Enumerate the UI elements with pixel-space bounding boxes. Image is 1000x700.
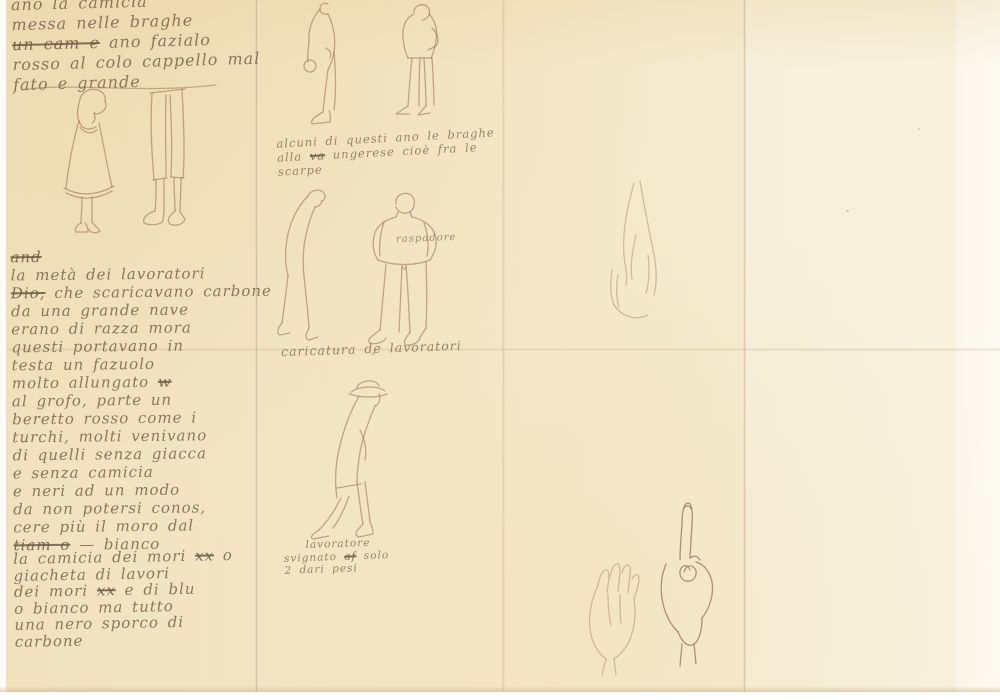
scanned-document-canvas: ano la camiciamessa nelle bragheun cam e…: [0, 0, 1000, 700]
handwritten-paragraph-workers: andla metà dei lavoratoriDio, che scaric…: [10, 246, 274, 555]
front-worker-sketch: [348, 190, 460, 362]
pointing-hand-sketch: [638, 498, 733, 698]
stooped-worker-sketch: [276, 188, 348, 356]
aged-paper-sheet: ano la camiciamessa nelle bragheun cam e…: [0, 0, 1000, 692]
girl-profile-sketch: [52, 85, 127, 235]
vertical-fold-crease-3: [743, 0, 747, 692]
walking-man-hat-sketch: [293, 370, 468, 548]
paper-left-edge: [0, 0, 7, 692]
handwritten-paragraph-shirts: la camicia dei mori xx ogiacheta di lavo…: [13, 547, 234, 650]
paper-bottom-edge-shadow: [0, 686, 1000, 692]
standing-worker-sketch: [372, 0, 454, 132]
vertical-fold-crease-2: [502, 0, 505, 692]
trouser-legs-sketch: [130, 85, 208, 237]
paper-speck: [846, 210, 849, 212]
paper-speck: [918, 128, 920, 130]
flame-drapery-sketch: [592, 175, 687, 350]
bending-worker-back-sketch: [290, 0, 362, 138]
